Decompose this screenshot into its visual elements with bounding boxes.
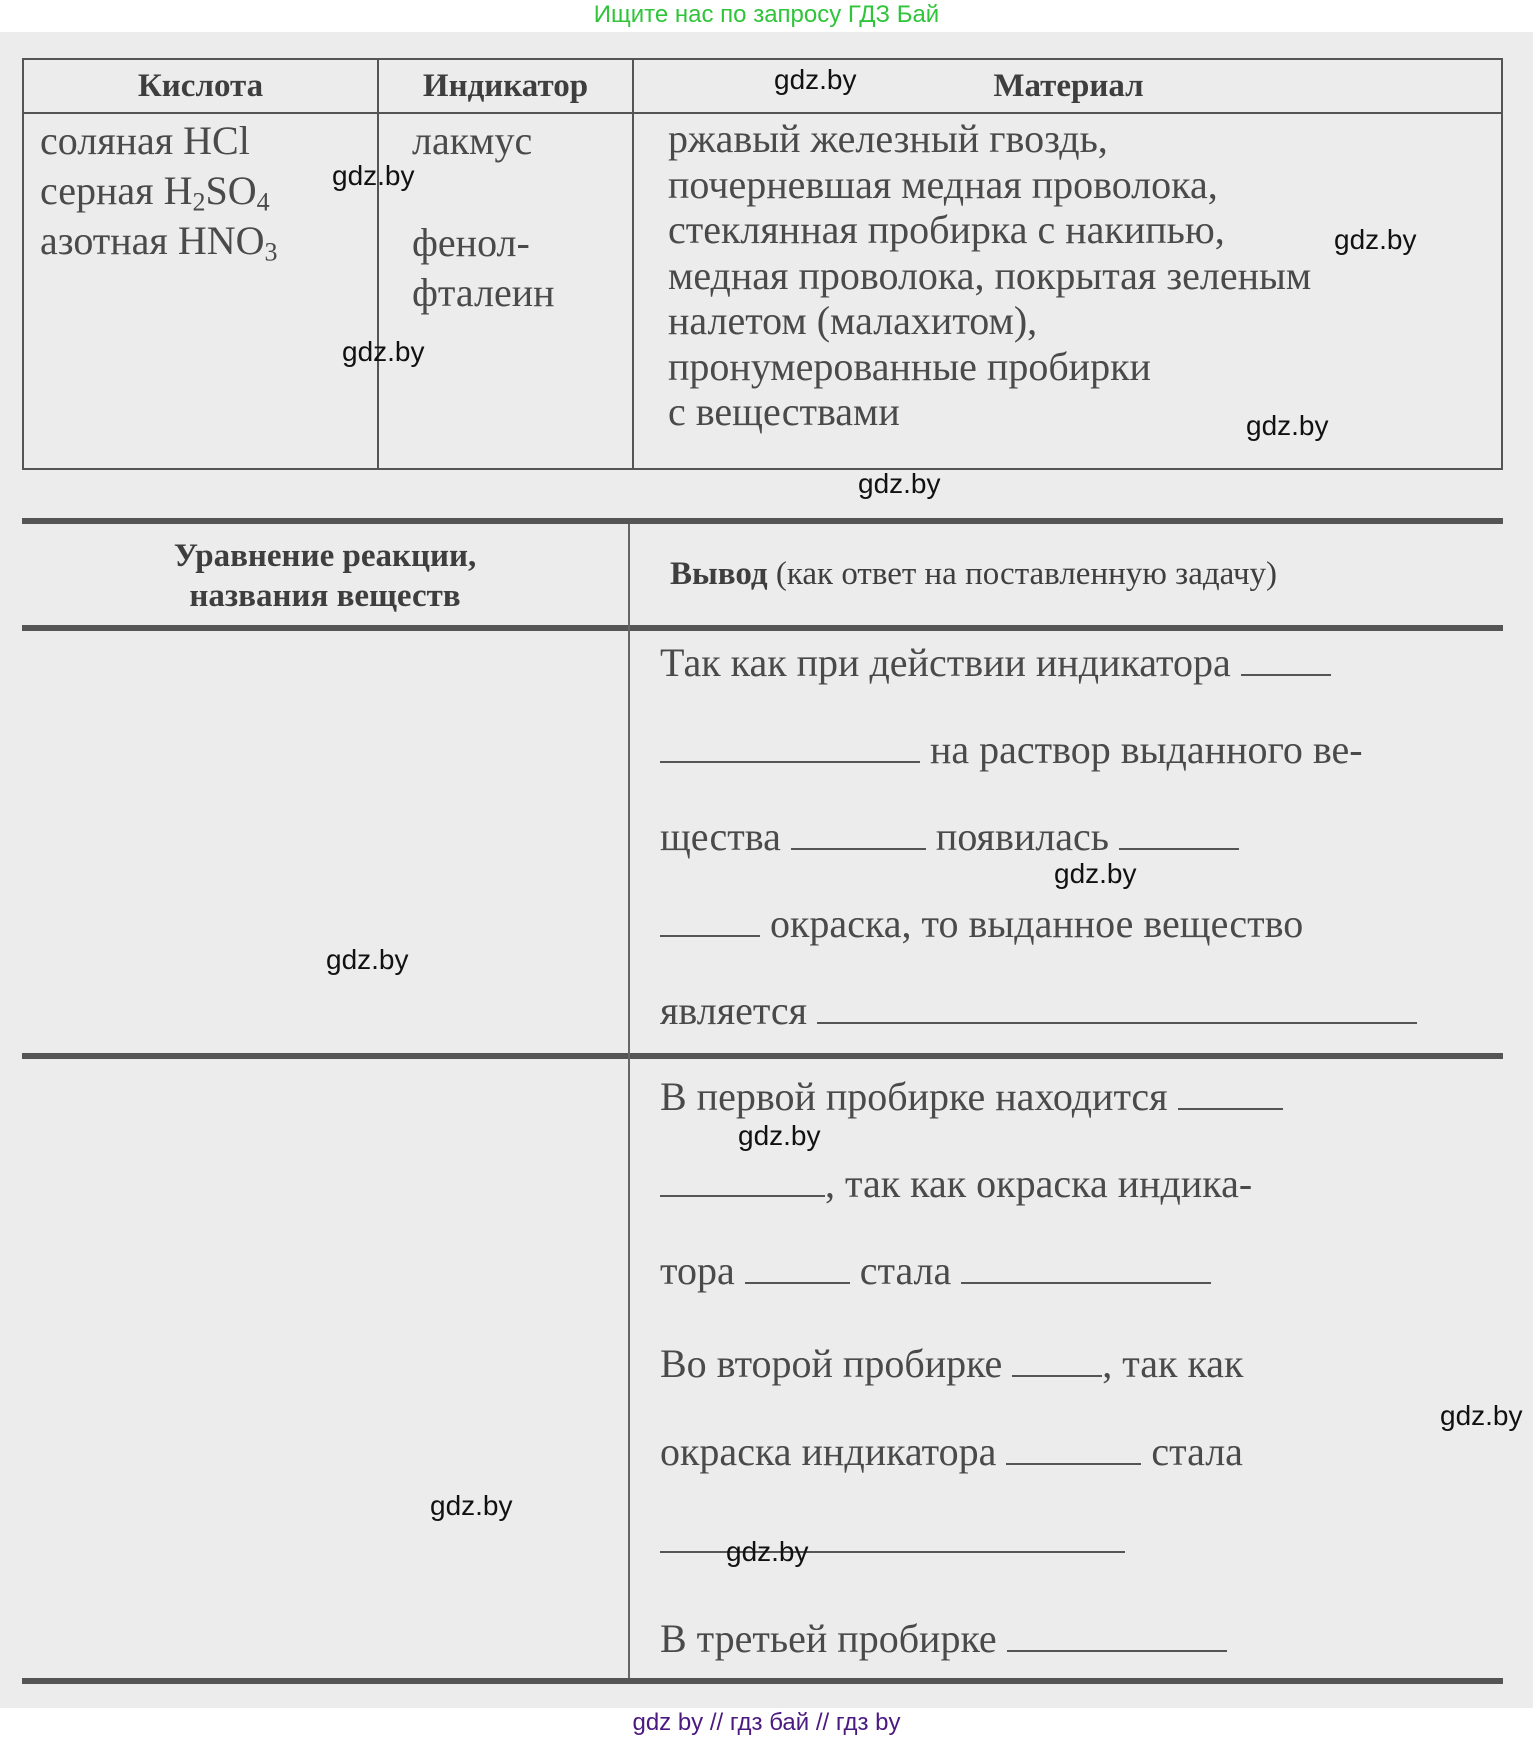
conclusion-line: является <box>660 982 1417 1036</box>
material-item: стеклянная пробирка с накипью, <box>668 207 1311 253</box>
materials-table: Кислота Индикатор Материал соляная HCl с… <box>22 58 1503 470</box>
material-item: почерневшая медная проволока, <box>668 162 1311 208</box>
watermark: gdz.by <box>726 1536 809 1568</box>
watermark: gdz.by <box>332 160 415 192</box>
chemical-formula: HNO3 <box>178 218 278 263</box>
rule-header <box>22 625 1503 631</box>
watermark: gdz.by <box>430 1490 513 1522</box>
answer-blank[interactable] <box>1007 1610 1227 1652</box>
conclusion-line: Во второй пробирке , так как <box>660 1335 1243 1389</box>
answer-blank[interactable] <box>961 1242 1211 1284</box>
answer-blank[interactable] <box>1006 1423 1141 1465</box>
watermark: gdz.by <box>342 336 425 368</box>
header-conclusion: Вывод (как ответ на поставленную задачу) <box>670 556 1277 593</box>
material-item: пронумерованные пробирки <box>668 344 1311 390</box>
rule-top <box>22 518 1503 524</box>
indicator-litmus: лакмус <box>412 116 532 166</box>
indicator-phenolphthalein: фенол- фталеин <box>412 218 555 318</box>
watermark: gdz.by <box>1054 858 1137 890</box>
indicator-line: фталеин <box>412 268 555 318</box>
answer-blank[interactable] <box>1241 634 1331 676</box>
watermark: gdz.by <box>1334 224 1417 256</box>
conclusion-line: , так как окраска индика- <box>660 1155 1252 1209</box>
material-list: ржавый железный гвоздь, почерневшая медн… <box>668 116 1311 435</box>
conclusion-line: окраска, то выданное вещество <box>660 895 1303 949</box>
answer-blank[interactable] <box>1119 808 1239 850</box>
rule-bottom <box>22 1678 1503 1684</box>
indicator-line: фенол- <box>412 218 555 268</box>
column-divider <box>632 60 634 468</box>
header-material: Материал <box>634 68 1503 105</box>
watermark: gdz.by <box>738 1120 821 1152</box>
material-item: налетом (малахитом), <box>668 298 1311 344</box>
header-acid: Кислота <box>24 68 377 105</box>
chemical-formula: HCl <box>183 118 250 163</box>
watermark: gdz.by <box>326 944 409 976</box>
top-banner: Ищите нас по запросу ГДЗ Бай <box>0 0 1533 32</box>
acid-list: соляная HCl серная H2SO4 азотная HNO3 <box>40 116 278 266</box>
conclusion-line: на раствор выданного ве- <box>660 721 1363 775</box>
column-divider <box>628 524 630 1678</box>
acid-item: соляная HCl <box>40 116 278 166</box>
watermark: gdz.by <box>774 64 857 96</box>
rule-middle <box>22 1053 1503 1059</box>
acid-item: азотная HNO3 <box>40 216 278 266</box>
watermark: gdz.by <box>1246 410 1329 442</box>
chemical-formula: H2SO4 <box>164 168 270 213</box>
acid-item: серная H2SO4 <box>40 166 278 216</box>
answer-blank[interactable] <box>1178 1068 1283 1110</box>
column-divider <box>377 60 379 468</box>
conclusion-line: окраска индикатора стала <box>660 1423 1243 1477</box>
watermark: gdz.by <box>1440 1400 1523 1432</box>
conclusion-line: щества появилась <box>660 808 1239 862</box>
bottom-banner: gdz by // гдз бай // гдз by <box>0 1708 1533 1739</box>
answer-blank[interactable] <box>660 721 920 763</box>
watermark: gdz.by <box>858 468 941 500</box>
material-item: ржавый железный гвоздь, <box>668 116 1311 162</box>
material-item: с веществами <box>668 389 1311 435</box>
answer-blank[interactable] <box>660 1155 825 1197</box>
answer-blank[interactable] <box>817 982 1417 1024</box>
material-item: медная проволока, покрытая зеленым <box>668 253 1311 299</box>
answer-blank[interactable] <box>791 808 926 850</box>
answer-blank[interactable] <box>660 895 760 937</box>
conclusion-line: В первой пробирке находится <box>660 1068 1283 1122</box>
conclusion-line: Так как при действии индикатора <box>660 634 1331 688</box>
answer-blank[interactable] <box>745 1242 850 1284</box>
header-indicator: Индикатор <box>379 68 632 105</box>
answer-blank[interactable] <box>1012 1335 1102 1377</box>
header-equation: Уравнение реакции, названия веществ <box>22 536 628 616</box>
header-divider <box>24 112 1501 114</box>
conclusion-line: тора стала <box>660 1242 1211 1296</box>
conclusion-line: В третьей пробирке <box>660 1610 1227 1664</box>
